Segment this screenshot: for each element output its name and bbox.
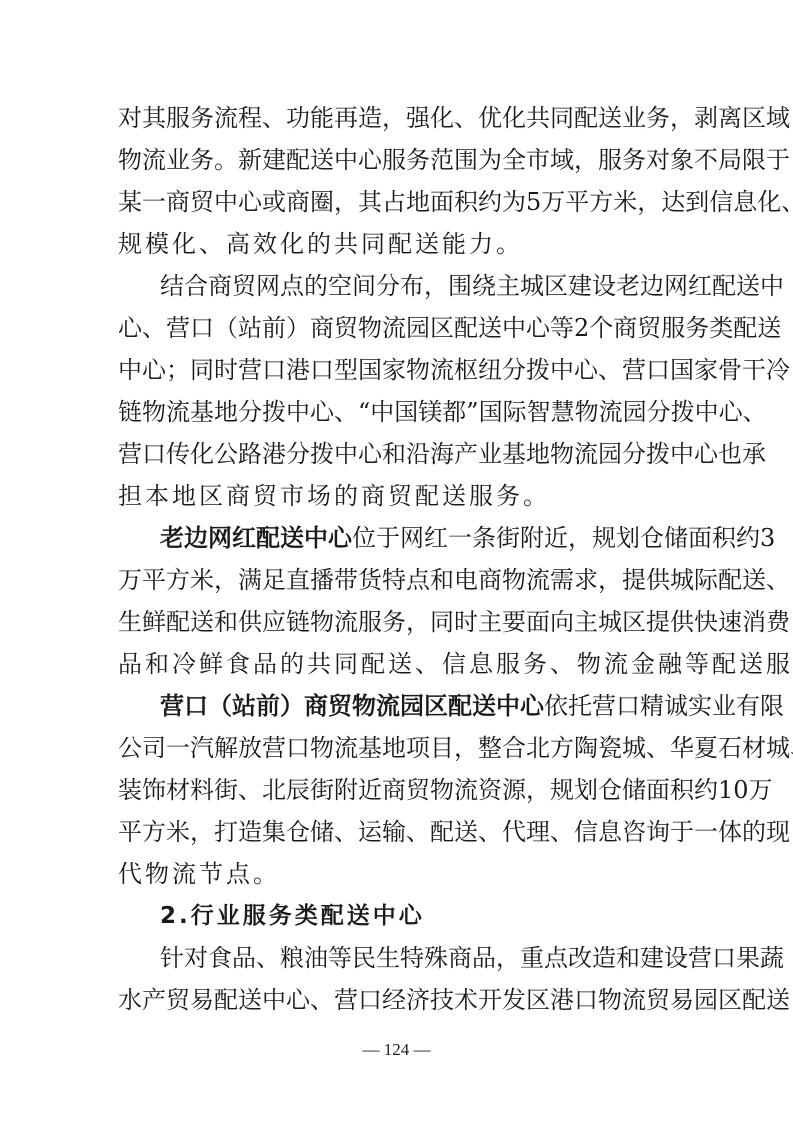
text: 中 [670, 439, 694, 469]
text: 心 [310, 397, 334, 427]
text: 速 [718, 607, 742, 637]
text: ， [334, 187, 358, 217]
text: 中 [370, 397, 394, 427]
text: 造 [238, 817, 262, 847]
text-line: 代物流节点。 [118, 859, 678, 889]
text: 、 [646, 733, 670, 763]
text: 公 [118, 733, 142, 763]
bold-term: 商 [304, 691, 328, 721]
text: 北 [526, 733, 550, 763]
text: 务 [382, 607, 406, 637]
text: 能 [310, 103, 334, 133]
text: 区 [544, 271, 568, 301]
text: 新 [238, 145, 262, 175]
text: 送 [415, 229, 442, 259]
text: 贸 [253, 481, 280, 511]
text: 现 [766, 817, 790, 847]
text: 送 [388, 649, 415, 679]
text: 口 [712, 943, 736, 973]
text: 建 [262, 145, 286, 175]
text: 托 [568, 691, 592, 721]
text: 方 [166, 565, 190, 595]
text: 近 [358, 775, 382, 805]
text: 口 [358, 985, 382, 1015]
text: 。 [496, 229, 523, 259]
text: 民 [352, 943, 376, 973]
text: 输 [382, 817, 406, 847]
text: 业 [622, 103, 646, 133]
text: 都 [442, 397, 466, 427]
text-line: 对其服务流程、功能再造，强化、优化共同配送业务，剥离区域 [118, 103, 678, 133]
text: 等 [685, 649, 712, 679]
text: 务 [406, 145, 430, 175]
text: 积 [712, 523, 736, 553]
text: 达 [661, 187, 685, 217]
text: 圈 [310, 187, 334, 217]
text: 物 [406, 355, 430, 385]
text: 公 [214, 439, 238, 469]
text: 物 [550, 439, 574, 469]
bold-term: 口 [184, 691, 208, 721]
text: 汽 [190, 733, 214, 763]
text: 共 [526, 103, 550, 133]
text: 城 [670, 565, 694, 595]
text: 配 [454, 313, 478, 343]
text: 中 [760, 271, 784, 301]
text: 积 [454, 187, 478, 217]
text: 于 [766, 145, 790, 175]
text: 于 [670, 817, 694, 847]
text: 配 [214, 985, 238, 1015]
text: 口 [310, 355, 334, 385]
text: 口 [262, 355, 286, 385]
text: 饰 [142, 775, 166, 805]
text: 贸 [334, 313, 358, 343]
text: 拨 [671, 397, 695, 427]
text: 流 [604, 649, 631, 679]
text: ， [214, 565, 238, 595]
text: 务 [685, 313, 709, 343]
text: 技 [430, 985, 454, 1015]
text: 和 [430, 565, 454, 595]
text: 经 [382, 985, 406, 1015]
text: 料 [190, 775, 214, 805]
text: 中 [695, 397, 719, 427]
text: 储 [664, 523, 688, 553]
text: 结 [160, 271, 184, 301]
text: 送 [454, 817, 478, 847]
text: 站 [238, 313, 262, 343]
text: 、 [743, 397, 767, 427]
text: 区 [622, 607, 646, 637]
text: 产 [454, 439, 478, 469]
text: 规 [550, 775, 574, 805]
text: 骨 [718, 355, 742, 385]
text: 限 [742, 145, 766, 175]
bold-term: 送 [347, 901, 373, 931]
text: 共 [307, 649, 334, 679]
text: 边 [640, 271, 664, 301]
text-line: 某一商贸中心或商圈，其占地面积约为 5 万平方米，达到信息化、 [118, 187, 678, 217]
text: 流 [430, 355, 454, 385]
text: 设 [592, 271, 616, 301]
text: 积 [670, 775, 694, 805]
document-page: 对其服务流程、功能再造，强化、优化共同配送业务，剥离区域物流业务。新建配送中心服… [0, 0, 793, 1122]
bold-term: 红 [232, 523, 256, 553]
text: 同 [334, 649, 361, 679]
text: 配 [388, 229, 415, 259]
bold-term: 边 [184, 523, 208, 553]
text: 地 [526, 439, 550, 469]
text: 冷 [766, 355, 790, 385]
text: 万 [541, 187, 565, 217]
text: 商 [226, 481, 253, 511]
text: 枢 [454, 355, 478, 385]
text: 供 [670, 607, 694, 637]
text: 送 [742, 565, 766, 595]
text: 力 [469, 229, 496, 259]
text: ” [466, 397, 478, 427]
text: 家 [694, 355, 718, 385]
text: 围 [454, 145, 478, 175]
text: 口 [616, 691, 640, 721]
text: 万 [118, 565, 142, 595]
text: 配 [415, 481, 442, 511]
text: ， [598, 565, 622, 595]
text: 际 [503, 397, 527, 427]
text: 业 [166, 145, 190, 175]
text: 的 [307, 229, 334, 259]
text: 型 [334, 355, 358, 385]
text: 口 [574, 985, 598, 1015]
text: 、 [262, 103, 286, 133]
text: 网 [256, 271, 280, 301]
bold-term: 配 [448, 691, 472, 721]
text: 占 [382, 187, 406, 217]
text: 沿 [406, 439, 430, 469]
text: 物 [310, 607, 334, 637]
text: 流 [599, 397, 623, 427]
text: 口 [286, 733, 310, 763]
text: 放 [238, 733, 262, 763]
text: 港 [550, 985, 574, 1015]
text: 司 [142, 733, 166, 763]
text: 商 [361, 481, 388, 511]
text: 功 [286, 103, 310, 133]
text: 造 [358, 103, 382, 133]
text: 本 [145, 481, 172, 511]
text: 前 [262, 313, 286, 343]
bold-term: 流 [376, 691, 400, 721]
text: 贸 [190, 187, 214, 217]
text: 链 [286, 607, 310, 637]
text: 物 [430, 775, 454, 805]
text: 供 [238, 607, 262, 637]
bold-term: ） [280, 691, 304, 721]
text: 服 [661, 313, 685, 343]
text: 时 [454, 607, 478, 637]
text: 心 [694, 439, 718, 469]
text: 解 [214, 733, 238, 763]
bold-term: 行 [191, 901, 217, 931]
text: 间 [352, 271, 376, 301]
text: 再 [334, 103, 358, 133]
page-number: — 124 — [0, 1040, 793, 1060]
text: 镁 [418, 397, 442, 427]
text: 业 [478, 439, 502, 469]
bold-term: 送 [280, 523, 304, 553]
text: 配 [166, 607, 190, 637]
text: 配 [574, 103, 598, 133]
text: 营 [262, 733, 286, 763]
text: 附 [520, 523, 544, 553]
text: 地 [382, 733, 406, 763]
text: 能 [442, 229, 469, 259]
bold-term: 老 [160, 523, 184, 553]
text: 街 [310, 775, 334, 805]
text: ， [382, 103, 406, 133]
text: 务 [190, 145, 214, 175]
text: 中 [334, 145, 358, 175]
text: 区 [718, 985, 742, 1015]
text: 限 [760, 691, 784, 721]
text: 服 [382, 145, 406, 175]
text: 特 [382, 565, 406, 595]
text-line: 营口传化公路港分拨中心和沿海产业基地物流园分拨中心也承 [118, 439, 678, 469]
text: “ [358, 397, 370, 427]
text: 规 [118, 229, 145, 259]
text: 询 [646, 817, 670, 847]
text: 物 [598, 985, 622, 1015]
text: 域 [766, 103, 790, 133]
text: 划 [616, 523, 640, 553]
text: 优 [478, 103, 502, 133]
text: 和 [214, 607, 238, 637]
text: 融 [658, 649, 685, 679]
text: 术 [454, 985, 478, 1015]
text: 面 [688, 523, 712, 553]
text: 高 [226, 229, 253, 259]
text: 造 [592, 943, 616, 973]
text: 米 [613, 187, 637, 217]
text: 生 [118, 607, 142, 637]
text: 服 [598, 145, 622, 175]
text: 储 [310, 817, 334, 847]
text: 物 [118, 145, 142, 175]
text: 仓 [598, 775, 622, 805]
text: 面 [526, 607, 550, 637]
bold-term: （ [208, 691, 232, 721]
text: 源 [502, 775, 526, 805]
text: 的 [742, 817, 766, 847]
text: 瓷 [598, 733, 622, 763]
text: 、 [334, 397, 358, 427]
text: 费 [766, 607, 790, 637]
text: 营 [118, 439, 142, 469]
text: 品 [118, 649, 145, 679]
text: 商 [286, 187, 310, 217]
text: 息 [733, 187, 757, 217]
text: 务 [622, 145, 646, 175]
text: ） [286, 313, 310, 343]
text: 物 [142, 397, 166, 427]
text: 街 [496, 523, 520, 553]
text: ， [406, 607, 430, 637]
text: 配 [361, 649, 388, 679]
text: 同 [361, 229, 388, 259]
text-line: 老边网红配送中心位于网红一条街附近，规划仓储面积约 3 [160, 523, 678, 553]
text: 重 [520, 943, 544, 973]
text: 商 [448, 943, 472, 973]
text: 附 [334, 775, 358, 805]
text: 园 [598, 439, 622, 469]
text: 地 [406, 187, 430, 217]
text: 布 [400, 271, 424, 301]
text: 一 [142, 187, 166, 217]
text: 冷 [172, 649, 199, 679]
text: 分 [502, 355, 526, 385]
text: 空 [328, 271, 352, 301]
text: 中 [214, 187, 238, 217]
text: 播 [310, 565, 334, 595]
text: 化 [172, 229, 199, 259]
text: 送 [757, 313, 781, 343]
text: 中 [118, 355, 142, 385]
text: 园 [406, 313, 430, 343]
text: 红 [688, 271, 712, 301]
text: 或 [262, 187, 286, 217]
text: 信 [709, 187, 733, 217]
text: 产 [142, 985, 166, 1015]
text: 满 [238, 565, 262, 595]
text: 网 [664, 271, 688, 301]
text: 传 [166, 439, 190, 469]
text: 其 [358, 187, 382, 217]
text: 方 [142, 817, 166, 847]
text: 。 [523, 481, 550, 511]
bold-term: 中 [304, 523, 328, 553]
text: 生 [376, 943, 400, 973]
text: 营 [688, 943, 712, 973]
text: 点 [226, 859, 253, 889]
text: 国 [394, 397, 418, 427]
text: 金 [631, 649, 658, 679]
text: 一 [694, 817, 718, 847]
text: 约 [694, 775, 718, 805]
text: 、 [256, 943, 280, 973]
text: 、 [334, 817, 358, 847]
text: 。 [214, 145, 238, 175]
text: 家 [382, 355, 406, 385]
text: 济 [406, 985, 430, 1015]
text: 务 [646, 103, 670, 133]
text: 信 [442, 649, 469, 679]
text: 网 [400, 523, 424, 553]
text: 城 [766, 733, 790, 763]
text: 送 [442, 481, 469, 511]
text: 流 [142, 145, 166, 175]
text: 、 [598, 355, 622, 385]
text: 区 [742, 103, 766, 133]
text: 配 [733, 313, 757, 343]
text: （ [214, 313, 238, 343]
text: 平 [565, 187, 589, 217]
text: 海 [430, 439, 454, 469]
text: 配 [718, 565, 742, 595]
text: 的 [280, 649, 307, 679]
text: 华 [670, 733, 694, 763]
bold-term: 2. [160, 901, 191, 931]
text: 3 [760, 523, 775, 553]
text: 材 [742, 733, 766, 763]
text: 区 [526, 985, 550, 1015]
text: 食 [208, 943, 232, 973]
text: 需 [550, 565, 574, 595]
bold-term: 物 [352, 691, 376, 721]
text: 业 [712, 691, 736, 721]
bold-term: 心 [399, 901, 425, 931]
text: 水 [118, 985, 142, 1015]
text: 贸 [646, 985, 670, 1015]
text: ， [190, 817, 214, 847]
text-line: 心、营口（站前）商贸物流园区配送中心等 2 个商贸服务类配送 [118, 313, 678, 343]
text: 2 [574, 313, 589, 343]
text: 分 [286, 439, 310, 469]
text: 效 [253, 229, 280, 259]
text: 智 [527, 397, 551, 427]
text: ， [526, 775, 550, 805]
text-line: 担本地区商贸市场的商贸配送服务。 [118, 481, 678, 511]
text: 咨 [622, 817, 646, 847]
text: 程 [238, 103, 262, 133]
text: 直 [286, 565, 310, 595]
text: ， [574, 145, 598, 175]
text: 园 [623, 397, 647, 427]
text: 城 [520, 271, 544, 301]
text: 夏 [694, 733, 718, 763]
text-line: 万平方米，满足直播带货特点和电商物流需求，提供城际配送、 [118, 565, 678, 595]
text: 绕 [472, 271, 496, 301]
text: 体 [718, 817, 742, 847]
text: 开 [478, 985, 502, 1015]
text: 改 [568, 943, 592, 973]
text: 也 [718, 439, 742, 469]
text: ， [454, 733, 478, 763]
text: 设 [664, 943, 688, 973]
text: 送 [478, 313, 502, 343]
text: 鲜 [142, 607, 166, 637]
text: 某 [118, 187, 142, 217]
text: 送 [190, 607, 214, 637]
bold-term: 心 [328, 523, 352, 553]
text: 心 [358, 439, 382, 469]
text: ， [637, 187, 661, 217]
text: 平 [118, 817, 142, 847]
text: 区 [430, 313, 454, 343]
text: 流 [574, 439, 598, 469]
text: 化 [430, 103, 454, 133]
text: 对 [118, 103, 142, 133]
text: 易 [670, 985, 694, 1015]
text: 中 [262, 985, 286, 1015]
text: 食 [226, 649, 253, 679]
text: 要 [502, 607, 526, 637]
text: 、 [310, 985, 334, 1015]
text: 、 [454, 103, 478, 133]
bold-term: 园 [400, 691, 424, 721]
text: 仓 [640, 523, 664, 553]
text: 品 [472, 943, 496, 973]
